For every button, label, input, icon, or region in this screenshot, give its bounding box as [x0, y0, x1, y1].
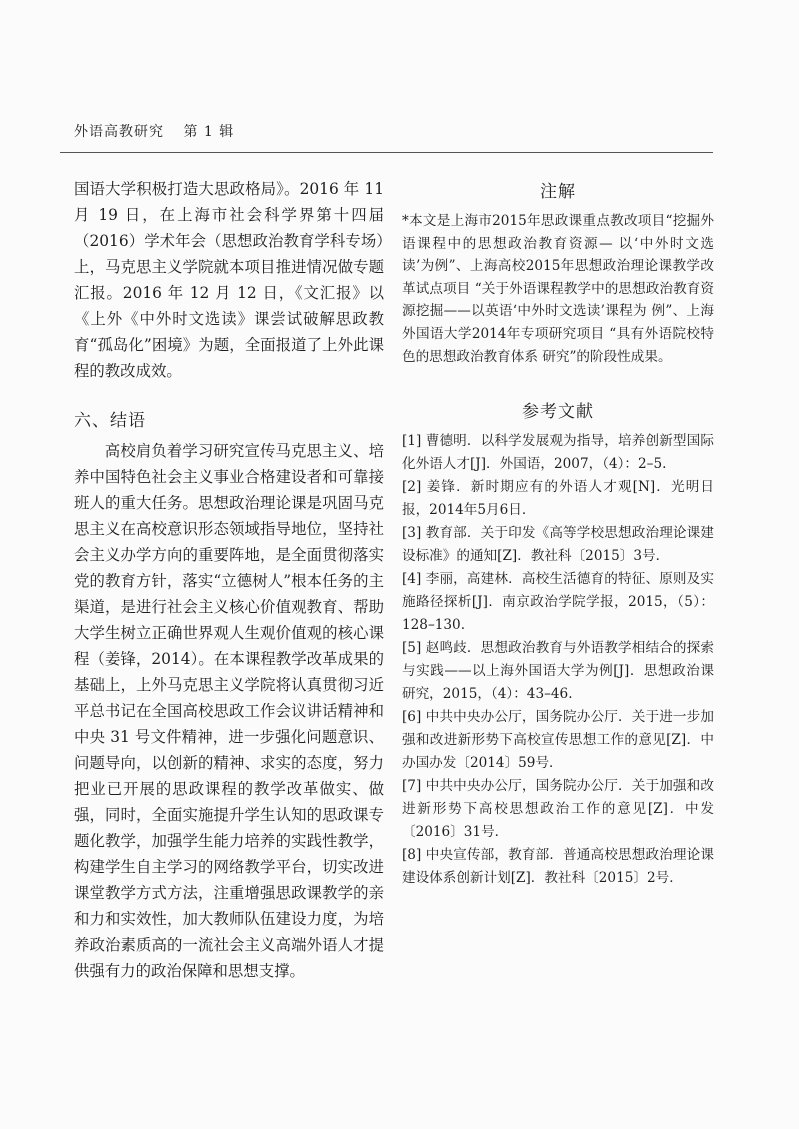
- right-column: 注解 *本文是上海市2015年思政课重点教改项目“挖掘外语课程中的思想政治教育资…: [402, 180, 714, 890]
- reference-item: [5] 赵鸣歧．思想政治教育与外语教学相结合的探索与实践——以上海外国语大学为例…: [402, 637, 714, 706]
- reference-item: [1] 曹德明．以科学发展观为指导，培养创新型国际化外语人才[J]．外国语，20…: [402, 430, 714, 476]
- reference-item: [3] 教育部．关于印发《高等学校思想政治理论课建设标准》的通知[Z]．教社科〔…: [402, 522, 714, 568]
- reference-item: [6] 中共中央办公厅，国务院办公厅．关于进一步加强和改进新形势下高校宣传思想工…: [402, 706, 714, 775]
- intro-paragraph: 国语大学积极打造大思政格局》。2016 年 11 月 19 日，在上海市社会科学…: [74, 176, 384, 384]
- reference-item: [8] 中央宣传部，教育部．普通高校思想政治理论课建设体系创新计划[Z]．教社科…: [402, 844, 714, 890]
- reference-item: [7] 中共中央办公厅，国务院办公厅．关于加强和改进新形势下高校思想政治工作的意…: [402, 775, 714, 844]
- section-heading-conclusion: 六、结语: [74, 408, 384, 434]
- running-header: 外语高教研究 第 1 辑: [74, 121, 234, 141]
- references-list: [1] 曹德明．以科学发展观为指导，培养创新型国际化外语人才[J]．外国语，20…: [402, 430, 714, 890]
- volume-number: 第 1 辑: [183, 124, 234, 140]
- conclusion-paragraph: 高校肩负着学习研究宣传马克思主义、培养中国特色社会主义事业合格建设者和可靠接班人…: [74, 438, 384, 984]
- reference-item: [2] 姜锋．新时期应有的外语人才观[N]．光明日报，2014年5月6日．: [402, 476, 714, 522]
- left-column: 国语大学积极打造大思政格局》。2016 年 11 月 19 日，在上海市社会科学…: [74, 176, 384, 984]
- reference-item: [4] 李丽，高建林．高校生活德育的特征、原则及实施路径探析[J]．南京政治学院…: [402, 568, 714, 637]
- document-page: 外语高教研究 第 1 辑 国语大学积极打造大思政格局》。2016 年 11 月 …: [0, 0, 799, 1129]
- notes-text: *本文是上海市2015年思政课重点教改项目“挖掘外语课程中的思想政治教育资源— …: [402, 210, 714, 368]
- journal-title: 外语高教研究: [74, 124, 164, 140]
- header-divider: [60, 152, 713, 153]
- notes-heading: 注解: [402, 180, 714, 204]
- references-heading: 参考文献: [402, 400, 714, 424]
